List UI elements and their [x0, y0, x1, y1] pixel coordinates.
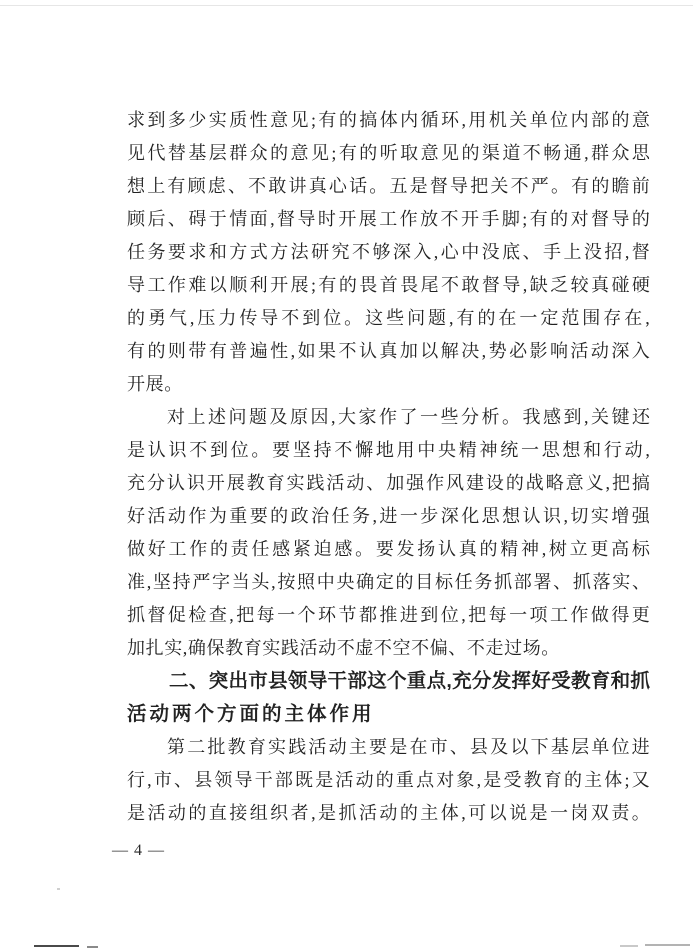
heading-line: 二、突出市县领导干部这个重点,充分发挥好受教育和抓: [127, 665, 650, 698]
body-line: 求到多少实质性意见;有的搞体内循环,用机关单位内部的意: [127, 104, 650, 137]
heading-line: 活动两个方面的主体作用: [127, 698, 650, 731]
scan-bottom-right-dash-artifact: [645, 944, 690, 946]
body-line: 行,市、县领导干部既是活动的重点对象,是受教育的主体;又: [127, 764, 650, 797]
body-line: 抓督促检查,把每一个环节都推进到位,把每一项工作做得更: [127, 599, 650, 632]
text-block: 求到多少实质性意见;有的搞体内循环,用机关单位内部的意见代替基层群众的意见;有的…: [127, 104, 650, 830]
body-line: 是活动的直接组织者,是抓活动的主体,可以说是一岗双责。: [127, 797, 650, 830]
scan-bottom-left-dash-artifact: [87, 946, 98, 948]
body-line: 导工作难以顺利开展;有的畏首畏尾不敢督导,缺乏较真碰硬: [127, 269, 650, 302]
body-line: 任务要求和方式方法研究不够深入,心中没底、手上没招,督: [127, 236, 650, 269]
body-line: 是认识不到位。要坚持不懈地用中央精神统一思想和行动,: [127, 434, 650, 467]
body-line: 有的则带有普遍性,如果不认真加以解决,势必影响活动深入: [127, 335, 650, 368]
scan-bottom-right-dash-artifact: [620, 945, 638, 947]
body-line: 准,坚持严字当头,按照中央确定的目标任务抓部署、抓落实、: [127, 566, 650, 599]
body-line: 顾后、碍于情面,督导时开展工作放不开手脚;有的对督导的: [127, 203, 650, 236]
body-line: 做好工作的责任感紧迫感。要发扬认真的精神,树立更高标: [127, 533, 650, 566]
body-line: 想上有顾虑、不敢讲真心话。五是督导把关不严。有的瞻前: [127, 170, 650, 203]
body-line: 充分认识开展教育实践活动、加强作风建设的战略意义,把搞: [127, 467, 650, 500]
scan-speck-artifact: [57, 888, 60, 890]
scan-top-edge-artifact: [0, 5, 693, 6]
body-line: 好活动作为重要的政治任务,进一步深化思想认识,切实增强: [127, 500, 650, 533]
scan-bottom-left-line-artifact: [34, 945, 79, 947]
scanned-document-page: 求到多少实质性意见;有的搞体内循环,用机关单位内部的意见代替基层群众的意见;有的…: [0, 0, 693, 952]
page-number: — 4 —: [112, 842, 165, 860]
body-line: 的勇气,压力传导不到位。这些问题,有的在一定范围存在,: [127, 302, 650, 335]
body-line: 对上述问题及原因,大家作了一些分析。我感到,关键还: [127, 401, 650, 434]
body-line: 第二批教育实践活动主要是在市、县及以下基层单位进: [127, 731, 650, 764]
body-line: 见代替基层群众的意见;有的听取意见的渠道不畅通,群众思: [127, 137, 650, 170]
body-line: 开展。: [127, 368, 650, 401]
body-line: 加扎实,确保教育实践活动不虚不空不偏、不走过场。: [127, 632, 650, 665]
